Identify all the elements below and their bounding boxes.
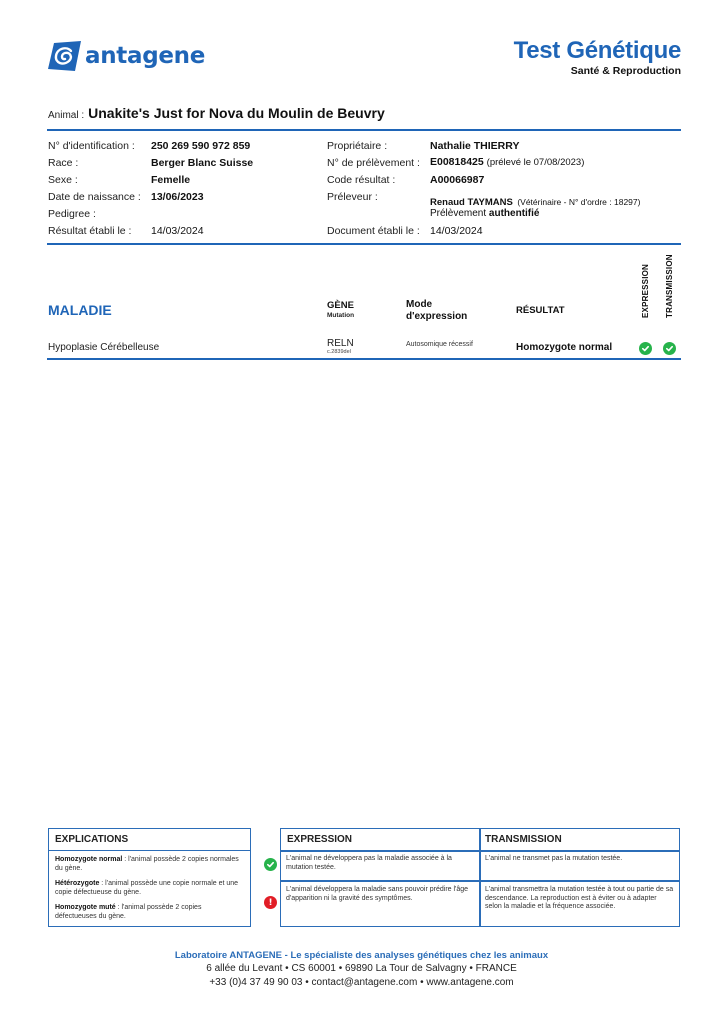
- expression-transmission-legend: EXPRESSION TRANSMISSION L'animal ne déve…: [280, 828, 680, 927]
- legend-transmission-ok: L'animal ne transmet pas la mutation tes…: [485, 855, 675, 864]
- header-transmission: TRANSMISSION: [665, 254, 674, 318]
- divider-table-bottom: [47, 358, 681, 360]
- document-date-label: Document établi le :: [327, 225, 420, 237]
- row-disease: Hypoplasie Cérébelleuse: [48, 342, 159, 353]
- sample-number: E00818425: [430, 156, 484, 168]
- legend-check-circle-icon: [264, 858, 277, 871]
- header-mode-line1: Mode: [406, 299, 467, 311]
- header-mode-line2: d'expression: [406, 311, 467, 323]
- birthdate-value: 13/06/2023: [151, 191, 204, 203]
- row-mutation: c.2839del: [327, 349, 351, 355]
- legend-expression-title: EXPRESSION: [287, 829, 352, 851]
- explanation-heterozygote: Hétérozygote : l'animal possède une copi…: [55, 880, 244, 897]
- divider-top: [47, 129, 681, 131]
- breed-label: Race :: [48, 157, 78, 169]
- row-gene: RELN: [327, 338, 354, 349]
- id-label: N° d'identification :: [48, 140, 135, 152]
- authentication-value: authentifié: [489, 208, 540, 219]
- sample-date-note: (prélevé le 07/08/2023): [487, 157, 585, 168]
- result-date-label: Résultat établi le :: [48, 225, 131, 237]
- sample-label: N° de prélèvement :: [327, 157, 420, 169]
- antagene-logo: antagene: [48, 41, 205, 71]
- header-disease: MALADIE: [48, 302, 112, 318]
- animal-name: Unakite's Just for Nova du Moulin de Beu…: [88, 105, 385, 121]
- explanations-title: EXPLICATIONS: [49, 829, 250, 851]
- document-date-value: 14/03/2024: [430, 225, 483, 237]
- collector-label: Préleveur :: [327, 191, 378, 203]
- explanations-body: Homozygote normal : l'animal possède 2 c…: [49, 851, 250, 921]
- legend-expression-ok: L'animal ne développera pas la maladie a…: [286, 855, 471, 872]
- authentication-status: Prélèvement authentifié: [430, 208, 539, 219]
- header-mutation: Mutation: [327, 312, 354, 319]
- footer-lab-name: Laboratoire ANTAGENE - Le spécialiste de…: [0, 950, 723, 961]
- transmission-check-icon: [663, 342, 676, 355]
- footer-address: 6 allée du Levant • CS 60001 • 69890 La …: [0, 963, 723, 974]
- expression-check-icon: [639, 342, 652, 355]
- row-mode: Autosomique récessif: [406, 341, 473, 348]
- result-code-value: A00066987: [430, 174, 484, 186]
- antagene-logo-icon: [48, 41, 81, 71]
- owner-label: Propriétaire :: [327, 140, 387, 152]
- breed-value: Berger Blanc Suisse: [151, 157, 253, 169]
- row-result: Homozygote normal: [516, 342, 612, 353]
- pedigree-label: Pedigree :: [48, 208, 96, 220]
- sex-label: Sexe :: [48, 174, 78, 186]
- document-subtitle: Santé & Reproduction: [514, 65, 681, 77]
- result-code-label: Code résultat :: [327, 174, 395, 186]
- header-gene: GÈNE: [327, 300, 354, 311]
- result-date-value: 14/03/2024: [151, 225, 204, 237]
- document-title: Test Génétique: [514, 38, 681, 64]
- birthdate-label: Date de naissance :: [48, 191, 141, 203]
- divider-info: [47, 243, 681, 245]
- legend-alert-circle-icon: !: [264, 896, 277, 909]
- sex-value: Femelle: [151, 174, 190, 186]
- document-title-block: Test Génétique Santé & Reproduction: [514, 38, 681, 77]
- sample-value: E00818425 (prélevé le 07/08/2023): [430, 156, 584, 168]
- collector-name: Renaud TAYMANS: [430, 197, 513, 208]
- legend-column-divider: [479, 829, 481, 926]
- animal-line: Animal : Unakite's Just for Nova du Moul…: [48, 105, 385, 121]
- header-result: RÉSULTAT: [516, 305, 565, 316]
- id-value: 250 269 590 972 859: [151, 140, 250, 152]
- animal-label: Animal :: [48, 110, 84, 121]
- legend-row-divider: [281, 880, 679, 882]
- logo-text: antagene: [85, 43, 205, 69]
- owner-value: Nathalie THIERRY: [430, 140, 519, 152]
- explanation-homozygote-normal: Homozygote normal : l'animal possède 2 c…: [55, 856, 244, 873]
- collector-note: (Vétérinaire - N° d'ordre : 18297): [517, 197, 640, 207]
- header-expression: EXPRESSION: [641, 264, 650, 318]
- explanation-homozygote-mute: Homozygote muté : l'animal possède 2 cop…: [55, 904, 244, 921]
- authentication-prefix: Prélèvement: [430, 208, 486, 219]
- legend-transmission-title: TRANSMISSION: [485, 829, 562, 851]
- explanations-box: EXPLICATIONS Homozygote normal : l'anima…: [48, 828, 251, 927]
- legend-transmission-alert: L'animal transmettra la mutation testée …: [485, 886, 675, 912]
- legend-expression-alert: L'animal développera la maladie sans pou…: [286, 886, 471, 903]
- header-mode: Mode d'expression: [406, 299, 467, 323]
- footer-contact: +33 (0)4 37 49 90 03 • contact@antagene.…: [0, 977, 723, 988]
